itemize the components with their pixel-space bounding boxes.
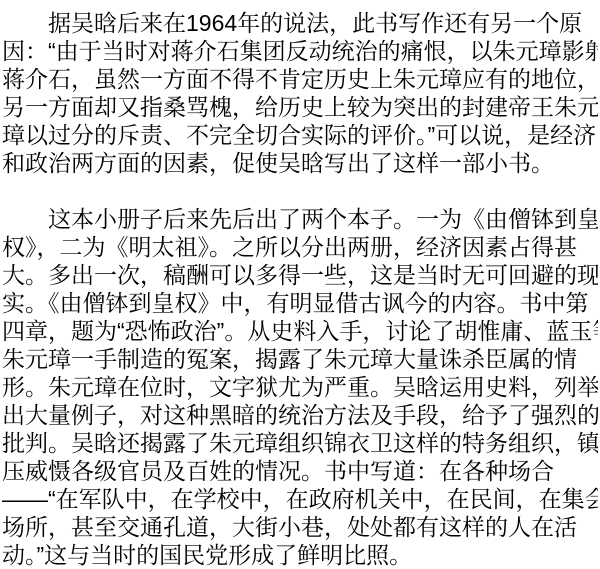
text-line: 实。《由僧钵到皇权》中，有明显借古讽今的内容。书中第 bbox=[2, 289, 598, 317]
text-line: 因：“由于当时对蒋介石集团反动统治的痛恨，以朱元璋影射 bbox=[2, 37, 598, 65]
text-line: 另一方面却又指桑骂槐，给历史上较为突出的封建帝王朱元 bbox=[2, 93, 598, 121]
text-line: 璋以过分的斥责、不完全切合实际的评价。”可以说，是经济 bbox=[2, 121, 598, 149]
text-line: 场所，甚至交通孔道，大街小巷，处处都有这样的人在活 bbox=[2, 513, 598, 541]
book-page: 据吴晗后来在1964年的说法，此书写作还有另一个原 因：“由于当时对蒋介石集团反… bbox=[0, 0, 600, 569]
text-line: 据吴晗后来在1964年的说法，此书写作还有另一个原 bbox=[2, 9, 598, 37]
text-line: 四章，题为“恐怖政治”。从史料入手，讨论了胡惟庸、蓝玉等 bbox=[2, 317, 598, 345]
text-line: 批判。吴晗还揭露了朱元璋组织锦衣卫这样的特务组织，镇 bbox=[2, 429, 598, 457]
text-line: 朱元璋一手制造的冤案，揭露了朱元璋大量诛杀臣属的情 bbox=[2, 345, 598, 373]
text-line: 蒋介石，虽然一方面不得不肯定历史上朱元璋应有的地位， bbox=[2, 65, 598, 93]
paragraph-2: 这本小册子后来先后出了两个本子。一为《由僧钵到皇 权》，二为《明太祖》。之所以分… bbox=[2, 205, 598, 569]
text-line: 形。朱元璋在位时，文字狱尤为严重。吴晗运用史料，列举 bbox=[2, 373, 598, 401]
paragraph-1: 据吴晗后来在1964年的说法，此书写作还有另一个原 因：“由于当时对蒋介石集团反… bbox=[2, 9, 598, 177]
text-line: 出大量例子，对这种黑暗的统治方法及手段，给予了强烈的 bbox=[2, 401, 598, 429]
text-line: 和政治两方面的因素，促使吴晗写出了这样一部小书。 bbox=[2, 149, 598, 177]
text-line: 大。多出一次，稿酬可以多得一些，这是当时无可回避的现 bbox=[2, 261, 598, 289]
text-line: 压威慑各级官员及百姓的情况。书中写道：在各种场合 bbox=[2, 457, 598, 485]
text-line: 这本小册子后来先后出了两个本子。一为《由僧钵到皇 bbox=[2, 205, 598, 233]
text-line: 动。”这与当时的国民党形成了鲜明比照。 bbox=[2, 541, 598, 569]
text-line: 权》，二为《明太祖》。之所以分出两册，经济因素占得甚 bbox=[2, 233, 598, 261]
text-line: ——“在军队中，在学校中，在政府机关中，在民间，在集会 bbox=[2, 485, 598, 513]
paragraph-spacer bbox=[2, 177, 598, 205]
